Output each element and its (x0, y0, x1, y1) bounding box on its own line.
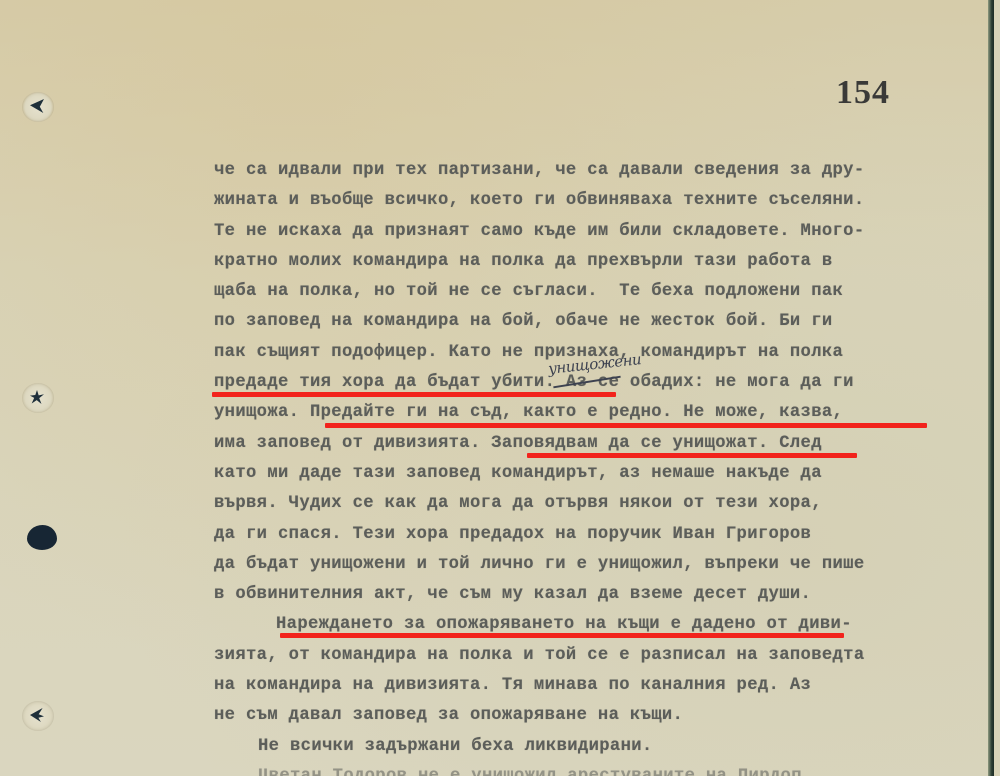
text-line: на командира на дивизията. Тя минава по … (214, 671, 984, 701)
text-line: по заповед на командира на бой, обаче не… (214, 307, 984, 337)
binding-hole-icon (22, 383, 54, 413)
text-line: не съм давал заповед за опожаряване на к… (214, 701, 984, 731)
text-line: че са идвали при тех партизани, че са да… (214, 156, 984, 186)
text-line: кратно молих командира на полка да прехв… (214, 247, 984, 277)
red-underline (527, 453, 857, 458)
text-line: вървя. Чудих се как да мога да отървя ня… (214, 489, 984, 519)
document-page: 154 че са идвали при тех партизани, че с… (0, 0, 994, 776)
text-line: да ги спася. Тези хора предадох на поруч… (214, 520, 984, 550)
text-line: зията, от командира на полка и той се е … (214, 641, 984, 671)
binding-hole-icon (22, 92, 54, 122)
text-line: като ми даде тази заповед командирът, аз… (214, 459, 984, 489)
red-underline (325, 423, 927, 428)
page-edge-border (988, 0, 994, 776)
text-line: жината и въобще всичко, което ги обвиняв… (214, 186, 984, 216)
typewritten-text: че са идвали при тех партизани, че са да… (214, 156, 984, 776)
text-line: да бъдат унищожени и той лично ги е унищ… (214, 550, 984, 580)
text-line: Те не искаха да признаят само къде им би… (214, 217, 984, 247)
text-line-partial: Цветан Тодоров не е унищожил арестуванит… (214, 762, 984, 776)
punch-hole-icon (27, 525, 57, 550)
red-underline (212, 392, 616, 397)
red-underline (280, 633, 844, 638)
text-line: в обвинителния акт, че съм му казал да в… (214, 580, 984, 610)
text-line: Не всички задържани беха ликвидирани. (214, 732, 984, 762)
text-line: щаба на полка, но той не се съгласи. Те … (214, 277, 984, 307)
binding-hole-icon (22, 701, 54, 731)
page-number: 154 (836, 74, 890, 112)
